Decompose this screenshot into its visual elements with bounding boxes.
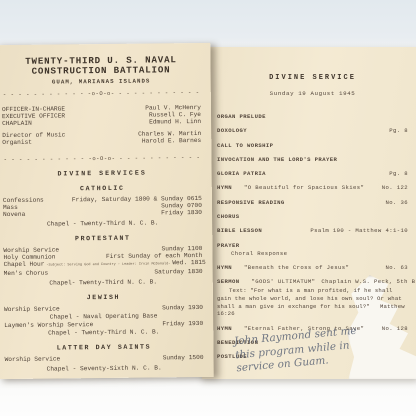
chapel-hour-note: -Subject: Serving God and Country - Lead… [46,261,170,269]
service-order-item: DOXOLOGYPg. 8 [217,128,408,135]
scripture-ref: Psalm 100 - Matthew 4:1-10 [310,228,408,235]
item-ref: Pg. 8 [389,171,408,178]
service-order-item: CALL TO WORSHIP [217,143,408,150]
chapel-line: Chapel - Twenty-Third N. C. B. [4,327,203,336]
hymn-title: "Beneath the Cross of Jesus" [244,265,349,272]
section-heading-latter-day-saints: LATTER DAY SAINTS [4,342,203,351]
service-order-item: HYMN"Beneath the Cross of Jesus"No. 63 [217,265,408,272]
section-heading-protestant: PROTESTANT [3,233,202,242]
service-order-item: SERMON"GODS' ULTIMATUM"Chaplain W.S. Pec… [217,279,408,286]
lds-rows: Worship ServiceSunday 1500 Chapel - Seve… [5,353,204,372]
ornament-divider: - - - - - - - - - - - -o-O-o- - - - - - … [2,153,201,162]
choral-response: Choral Response [231,251,408,258]
protestant-rows: Worship ServiceSunday 1100 Holy Communio… [3,244,202,286]
divine-service-title: DIVINE SERVICE [217,75,408,82]
photo-background: DIVINE SERVICE Sunday 19 August 1945 ORG… [0,0,416,416]
battalion-location: GUAM, MARIANAS ISLANDS [2,77,201,86]
jewish-rows: Worship ServiceSunday 1930 Chapel - Nava… [4,303,203,336]
left-page: TWENTY-THIRD U. S. NAVAL CONSTRUCTION BA… [0,43,214,379]
service-row: NovenaFriday 1830 [3,208,202,217]
item-ref: No. 36 [385,200,408,207]
service-row: Men's ChorusSaturday 1830 [4,267,203,276]
service-order-item: PRAYER [217,243,408,250]
divine-services-heading: DIVINE SERVICES [3,168,202,177]
right-page: DIVINE SERVICE Sunday 19 August 1945 ORG… [202,47,416,379]
item-ref: No. 122 [382,185,408,192]
catholic-rows: ConfessionsFriday, Saturday 1800 & Sunda… [3,194,202,227]
service-date: Sunday 19 August 1945 [217,91,408,98]
section-heading-catholic: CATHOLIC [3,183,202,192]
service-order-item: ORGAN PRELUDE [217,114,408,121]
sermon-speaker: Chaplain W.S. Peck, 5th Brigade [321,279,416,286]
section-heading-jewish: JEWISH [4,292,203,301]
chapel-line: Chapel- Twenty-Third N. C. B. [4,277,203,286]
hymn-title: "O Beautiful for Spacious Skies" [244,185,364,192]
chapel-line: Chapel - Twenty-Third N. C. B. [3,218,202,227]
staff-list: OFFICER-IN-CHARGEPaul V. McHenry EXECUTI… [2,104,201,146]
sermon-title: "GODS' ULTIMATUM" [252,279,316,286]
staff-row: CHAPLAINEdmund H. Linn [2,118,201,127]
service-order-item: HYMN"O Beautiful for Spacious Skies"No. … [217,185,408,192]
chapel-line: Chapel - Seventy-Sixth N. C. B. [5,363,204,372]
service-row: Worship ServiceSunday 1500 [5,353,204,362]
ornament-divider: - - - - - - - - - - - -o-O-o- - - - - - … [2,89,201,98]
service-order-item: RESPONSIVE READINGNo. 36 [217,200,408,207]
service-order-item: BIBLE LESSONPsalm 100 - Matthew 4:1-10 [217,228,408,235]
service-order-item: GLORIA PATRIAPg. 8 [217,171,408,178]
staff-row: OrganistHarold E. Barnes [2,136,201,145]
service-order-item: CHORUS [217,214,408,221]
sermon-text: Text: "For what is a man profited, if he… [217,287,408,317]
item-ref: No. 63 [385,265,408,272]
item-ref: Pg. 8 [389,128,408,135]
service-order-item: INVOCATION AND THE LORD'S PRAYER [217,157,408,164]
battalion-title-line2: CONSTRUCTION BATTALION [1,65,200,77]
